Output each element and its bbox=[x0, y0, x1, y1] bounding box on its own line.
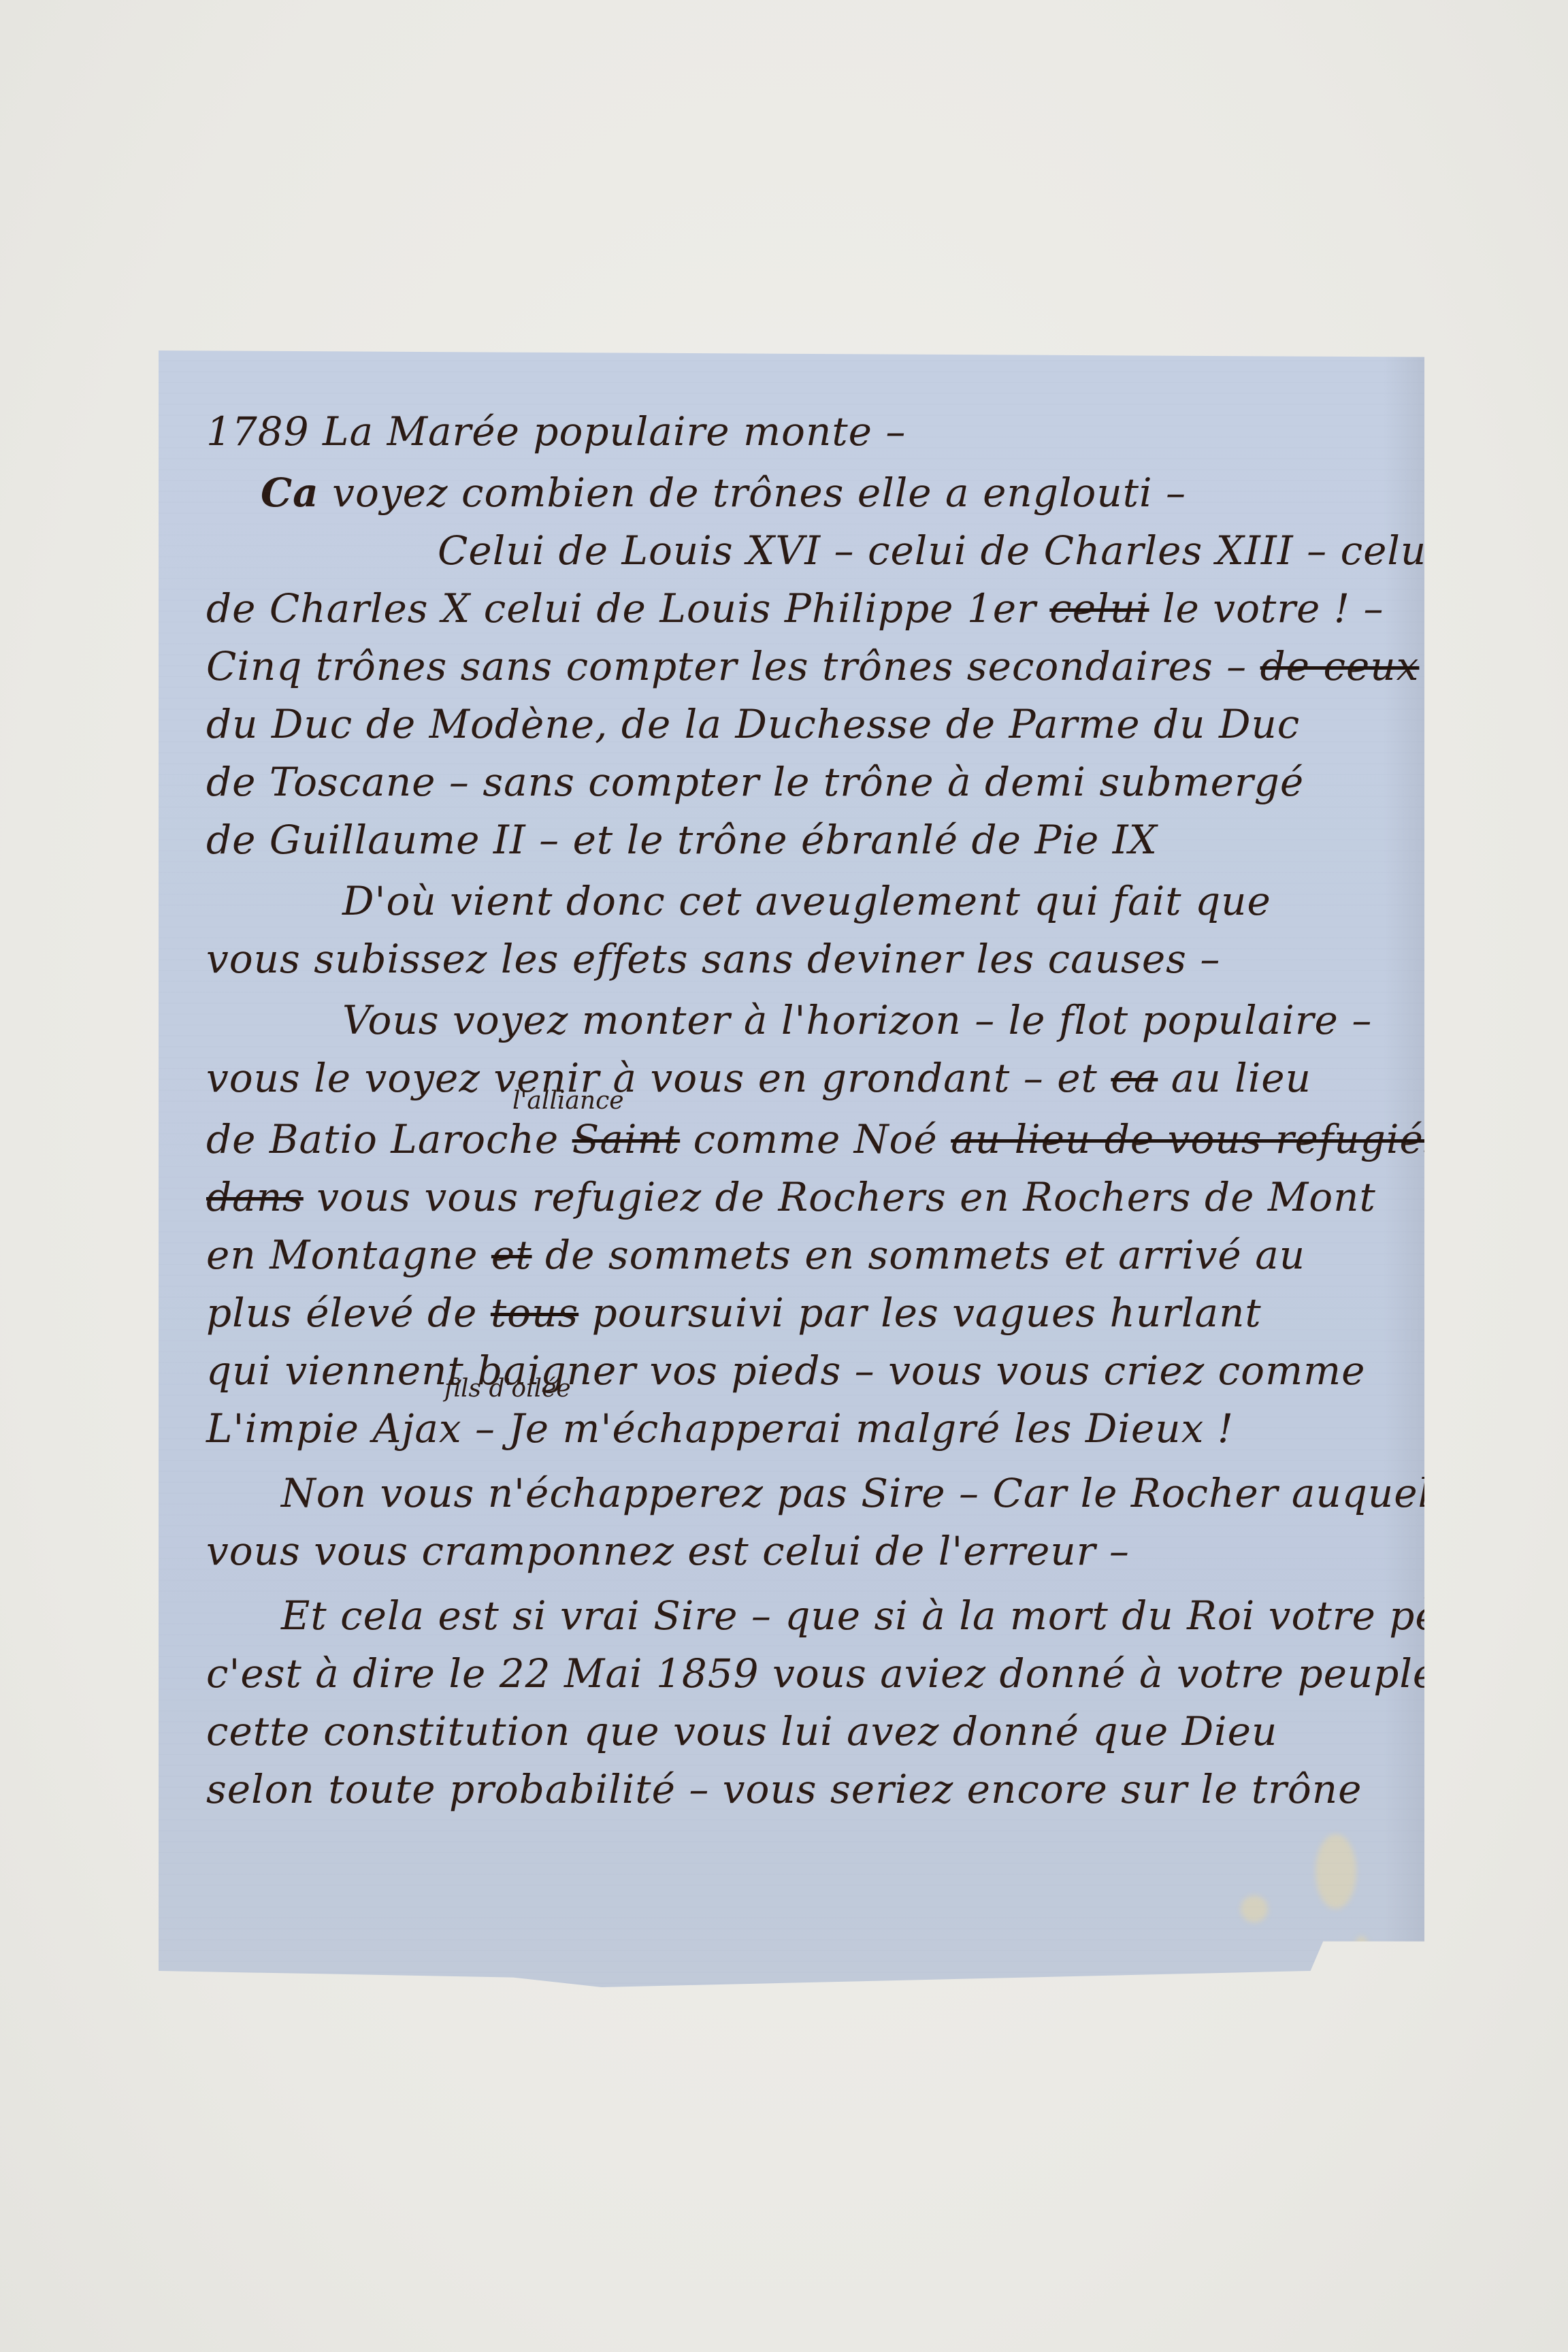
struck-through-text: dans bbox=[206, 1174, 304, 1220]
line-text: Non vous n'échapperez pas Sire – Car le … bbox=[281, 1470, 1431, 1516]
line-text: selon toute probabilité – vous seriez en… bbox=[206, 1766, 1362, 1812]
line-text: Et cela est si vrai Sire – que si à la m… bbox=[281, 1592, 1483, 1639]
paper-stain bbox=[1316, 1834, 1356, 1909]
manuscript-line: cette constitution que vous lui avez don… bbox=[206, 1712, 1277, 1751]
line-text: de Batio Laroche bbox=[206, 1116, 572, 1162]
manuscript-line: c'est à dire le 22 Mai 1859 vous aviez d… bbox=[206, 1654, 1437, 1693]
manuscript-line: D'où vient donc cet aveuglement qui fait… bbox=[342, 881, 1271, 921]
manuscript-line: 1789 La Marée populaire monte – bbox=[206, 412, 906, 451]
line-text: D'où vient donc cet aveuglement qui fait… bbox=[342, 878, 1271, 924]
struck-through-text: celui bbox=[1049, 585, 1149, 632]
line-text: Cinq trônes sans compter les trônes seco… bbox=[206, 643, 1260, 689]
interlinear-insertion: fils d'oilée bbox=[444, 1375, 571, 1403]
line-text: le votre ! – bbox=[1149, 585, 1384, 632]
line-text: plus élevé de bbox=[206, 1290, 491, 1336]
struck-through-text: et bbox=[491, 1232, 532, 1278]
manuscript-line: du Duc de Modène, de la Duchesse de Parm… bbox=[206, 704, 1300, 744]
line-text: Ca bbox=[261, 470, 319, 516]
line-text: du Duc de Modène, de la Duchesse de Parm… bbox=[206, 701, 1300, 747]
manuscript-line: de Charles X celui de Louis Philippe 1er… bbox=[206, 589, 1384, 628]
line-text: vous subissez les effets sans deviner le… bbox=[206, 936, 1220, 982]
manuscript-line: plus élevé de tous poursuivi par les vag… bbox=[206, 1293, 1262, 1333]
line-text: Celui de Louis XVI – celui de Charles XI… bbox=[438, 527, 1440, 574]
manuscript-line: Cinq trônes sans compter les trônes seco… bbox=[206, 647, 1419, 686]
manuscript-line: Non vous n'échapperez pas Sire – Car le … bbox=[281, 1473, 1431, 1513]
struck-through-text: de ceux bbox=[1260, 643, 1420, 689]
line-text: poursuivi par les vagues hurlant bbox=[578, 1290, 1262, 1336]
manuscript-line: Celui de Louis XVI – celui de Charles XI… bbox=[438, 531, 1440, 570]
line-text: de Guillaume II – et le trône ébranlé de… bbox=[206, 817, 1158, 863]
line-text: de Toscane – sans compter le trône à dem… bbox=[206, 759, 1304, 805]
paper-stain bbox=[1241, 1895, 1268, 1923]
struck-through-text: au lieu de vous refugiés bbox=[951, 1116, 1444, 1162]
line-text: vous le voyez venir à vous en grondant –… bbox=[206, 1055, 1111, 1101]
manuscript-line: de Batio Laroche Saint comme Noé au lieu… bbox=[206, 1120, 1445, 1159]
manuscript-line: Ca voyez combien de trônes elle a englou… bbox=[261, 473, 1186, 512]
manuscript-line: de Guillaume II – et le trône ébranlé de… bbox=[206, 820, 1158, 860]
line-text: en Montagne bbox=[206, 1232, 491, 1278]
line-text: Je m'échapperai malgré les Dieux ! bbox=[508, 1405, 1234, 1452]
manuscript-sheet: 1789 La Marée populaire monte –Ca voyez … bbox=[159, 350, 1424, 1987]
line-text: Vous voyez monter à l'horizon – le flot … bbox=[342, 997, 1372, 1043]
line-text: de Charles X celui de Louis Philippe 1er bbox=[206, 585, 1049, 632]
line-text: c'est à dire le 22 Mai 1859 vous aviez d… bbox=[206, 1650, 1437, 1697]
line-text: 1789 La Marée populaire monte – bbox=[206, 408, 906, 455]
line-text: de sommets en sommets et arrivé au bbox=[532, 1232, 1306, 1278]
manuscript-line: vous le voyez venir à vous en grondant –… bbox=[206, 1058, 1311, 1098]
line-text: au lieu bbox=[1158, 1055, 1311, 1101]
struck-through-text: ca bbox=[1111, 1055, 1158, 1101]
struck-through-text: Saint bbox=[572, 1116, 681, 1162]
struck-through-text: tous bbox=[491, 1290, 578, 1336]
manuscript-line: Vous voyez monter à l'horizon – le flot … bbox=[342, 1000, 1372, 1040]
line-text: comme Noé bbox=[680, 1116, 951, 1162]
manuscript-line: vous subissez les effets sans deviner le… bbox=[206, 939, 1220, 979]
manuscript-line: de Toscane – sans compter le trône à dem… bbox=[206, 762, 1304, 802]
line-text: L'impie Ajax – bbox=[206, 1405, 508, 1452]
interlinear-insertion: l'alliance bbox=[512, 1087, 624, 1115]
line-text: vous vous refugiez de Rochers en Rochers… bbox=[304, 1174, 1376, 1220]
sheet-edge-shadow bbox=[1384, 350, 1424, 1987]
line-text: cette constitution que vous lui avez don… bbox=[206, 1708, 1277, 1754]
manuscript-line: vous vous cramponnez est celui de l'erre… bbox=[206, 1531, 1130, 1571]
manuscript-line: selon toute probabilité – vous seriez en… bbox=[206, 1769, 1362, 1809]
line-text: voyez combien de trônes elle a englouti … bbox=[319, 470, 1186, 516]
manuscript-line: en Montagne et de sommets en sommets et … bbox=[206, 1235, 1305, 1275]
line-text: vous vous cramponnez est celui de l'erre… bbox=[206, 1528, 1130, 1574]
line-text: qui viennent baigner vos pieds – vous vo… bbox=[206, 1347, 1365, 1394]
manuscript-line: Et cela est si vrai Sire – que si à la m… bbox=[281, 1596, 1483, 1635]
manuscript-line: L'impie Ajax – Je m'échapperai malgré le… bbox=[206, 1409, 1234, 1448]
manuscript-line: qui viennent baigner vos pieds – vous vo… bbox=[206, 1351, 1365, 1390]
manuscript-line: dans vous vous refugiez de Rochers en Ro… bbox=[206, 1177, 1376, 1217]
